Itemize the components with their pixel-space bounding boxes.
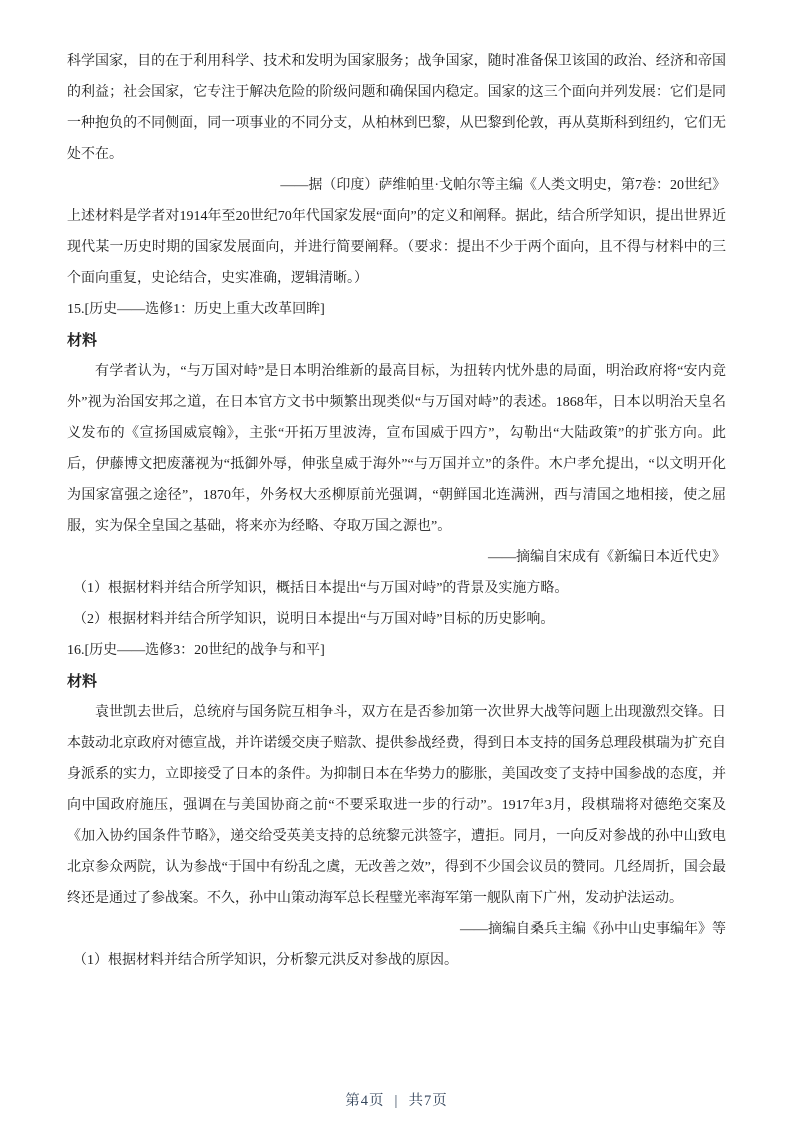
- page-footer: 第4页|共7页: [0, 1089, 793, 1110]
- question-15-material-label: 材料: [67, 325, 726, 356]
- question-16-material-label: 材料: [67, 666, 726, 697]
- intro-continuation-paragraph: 科学国家，目的在于利用科学、技术和发明为国家服务；战争国家，随时准备保卫该国的政…: [67, 46, 726, 170]
- footer-separator: |: [395, 1093, 399, 1110]
- question-16-sub-question-1: （1）根据材料并结合所学知识，分析黎元洪反对参战的原因。: [67, 945, 726, 976]
- question-16-material-paragraph: 袁世凯去世后，总统府与国务院互相争斗，双方在是否参加第一次世界大战等问题上出现激…: [67, 697, 726, 914]
- intro-source-attribution: ——据（印度）萨维帕里·戈帕尔等主编《人类文明史，第7卷：20世纪》: [67, 170, 726, 201]
- question-16-heading: 16.[历史——选修3：20世纪的战争与和平]: [67, 635, 726, 666]
- question-15-sub-question-2: （2）根据材料并结合所学知识，说明日本提出“与万国对峙”目标的历史影响。: [67, 604, 726, 635]
- page-content: 科学国家，目的在于利用科学、技术和发明为国家服务；战争国家，随时准备保卫该国的政…: [0, 0, 793, 976]
- question-15-material-paragraph: 有学者认为，“与万国对峙”是日本明治维新的最高目标，为扭转内忧外患的局面，明治政…: [67, 356, 726, 542]
- document-page: 科学国家，目的在于利用科学、技术和发明为国家服务；战争国家，随时准备保卫该国的政…: [0, 0, 793, 1122]
- question-15-heading: 15.[历史——选修1：历史上重大改革回眸]: [67, 294, 726, 325]
- essay-task-paragraph: 上述材料是学者对1914年至20世纪70年代国家发展“面向”的定义和阐释。据此，…: [67, 201, 726, 294]
- question-16-source-attribution: ——摘编自桑兵主编《孙中山史事编年》等: [67, 914, 726, 945]
- page-total: 共7页: [408, 1093, 447, 1109]
- question-15-source-attribution: ——摘编自宋成有《新编日本近代史》: [67, 542, 726, 573]
- page-number: 第4页: [345, 1093, 384, 1109]
- question-15-sub-question-1: （1）根据材料并结合所学知识，概括日本提出“与万国对峙”的背景及实施方略。: [67, 573, 726, 604]
